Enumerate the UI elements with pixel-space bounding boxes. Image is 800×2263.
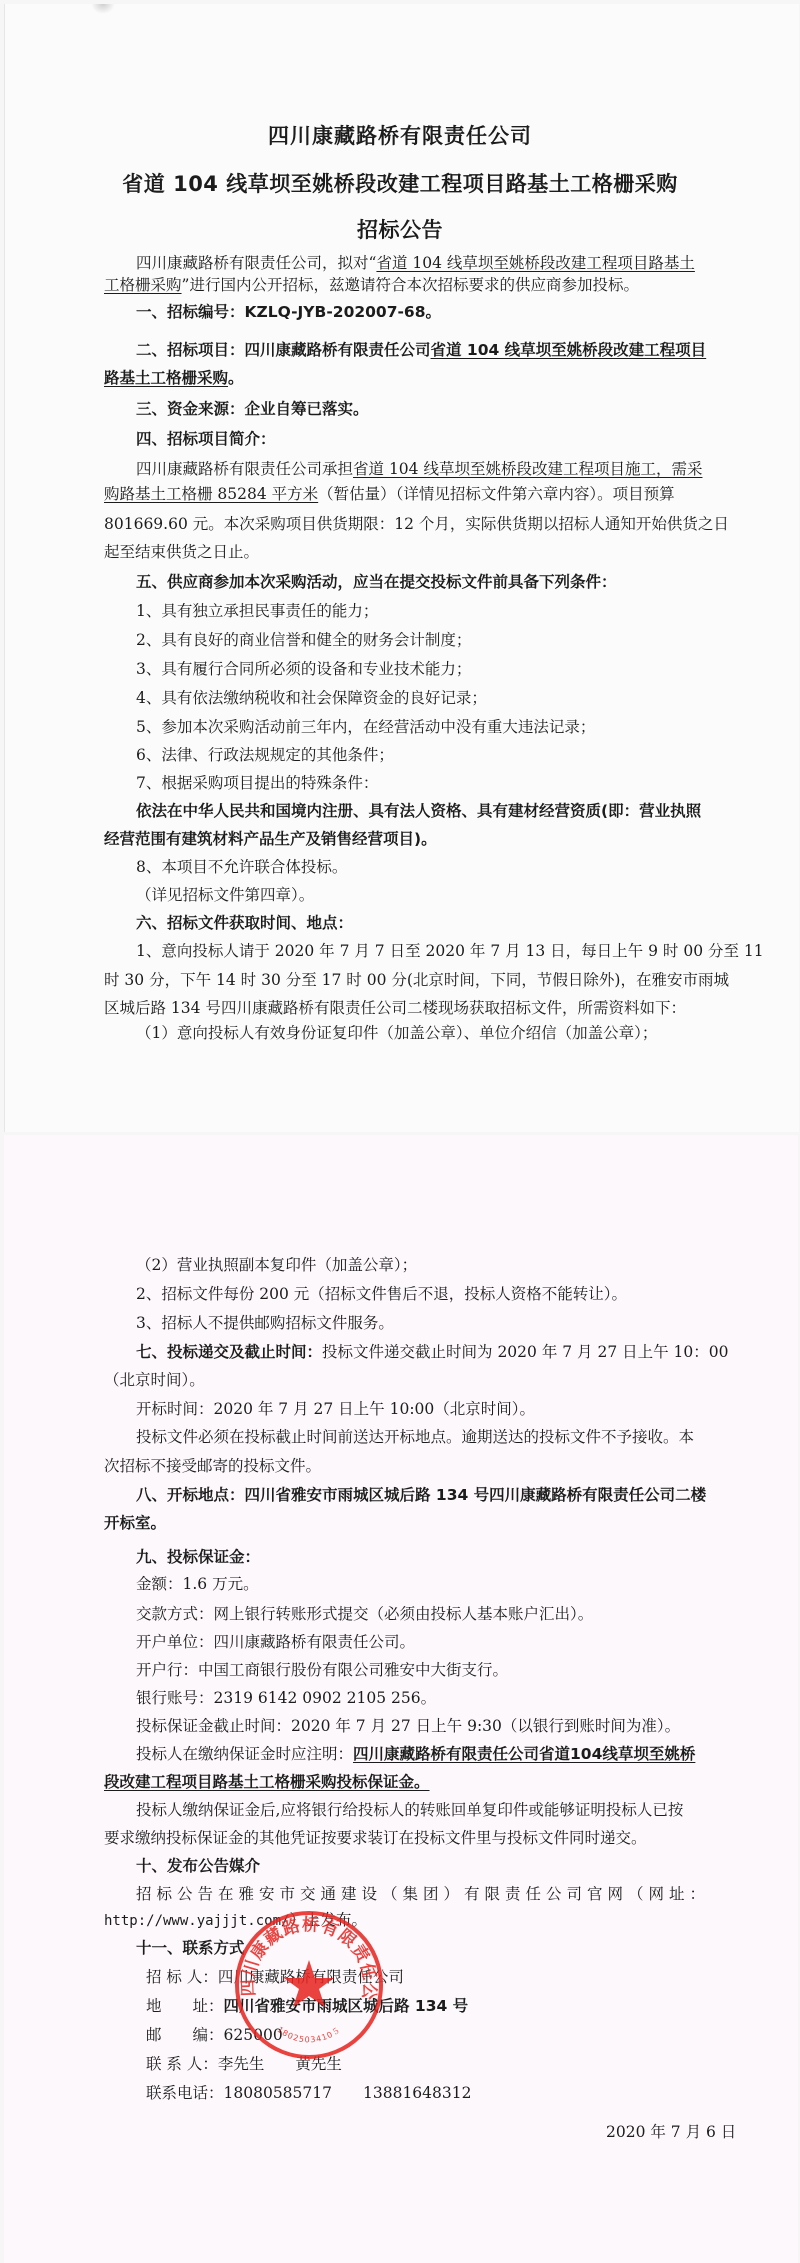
section-5-note: （详见招标文件第四章）。 (136, 883, 314, 905)
intro-line-1: 四川康藏路桥有限责任公司，拟对“省道 104 线草坝至姚桥段改建工程项目路基土 (136, 251, 695, 273)
document-date: 2020 年 7 月 6 日 (606, 2120, 736, 2142)
contact-value: 18080585717 13881648312 (224, 2084, 472, 2102)
bid-opening-location: 四川省雅安市雨城区城后路 134 号四川康藏路桥有限责任公司二楼 (245, 1486, 707, 1504)
deposit-after-line-2: 要求缴纳投标保证金的其他凭证按要求装订在投标文件里与投标文件同时递交。 (104, 1826, 647, 1848)
condition-item: 3、具有履行合同所必须的设备和专业技术能力； (136, 657, 471, 679)
section-4-line-4: 起至结束供货之日止。 (104, 540, 259, 562)
section-5-label: 五、供应商参加本次采购活动，应当在提交投标文件前具备下列条件： (136, 570, 617, 592)
section-8-label: 八、开标地点： (136, 1486, 245, 1504)
section-6-p2: 2、招标文件每份 200 元（招标文件售后不退，投标人资格不能转让）。 (136, 1282, 627, 1304)
deposit-memo-underlined: 四川康藏路桥有限责任公司省道104线草坝至姚桥 (353, 1745, 695, 1763)
contact-value: 625000 (224, 2026, 283, 2044)
deposit-amount: 金额：1.6 万元。 (136, 1572, 259, 1594)
section-4-text-cont: （暂估量）（详情见招标文件第六章内容）。项目预算 (318, 485, 675, 503)
bid-opening-time: 开标时间：2020 年 7 月 27 日上午 10:00（北京时间）。 (136, 1397, 535, 1419)
section-7-line-2: （北京时间）。 (104, 1368, 205, 1390)
contact-row-postcode: 邮 编：625000 (146, 2023, 283, 2045)
media-line-2: http://www.yajjjt.com/）上发布。 (104, 1908, 367, 1930)
condition-item: 6、法律、行政法规规定的其他条件； (136, 743, 394, 765)
section-4-line-2: 购路基土工格栅 85284 平方米（暂估量）（详情见招标文件第六章内容）。项目预… (104, 482, 675, 504)
contact-value: 四川康藏路桥有限责任公司 (218, 1968, 404, 1986)
section-8-line-1: 八、开标地点：四川省雅安市雨城区城后路 134 号四川康藏路桥有限责任公司二楼 (136, 1483, 706, 1505)
website-link[interactable]: http://www.yajjjt.com/ (104, 1913, 289, 1929)
section-4-text: 四川康藏路桥有限责任公司承担 (136, 460, 353, 478)
intro-project-underlined-cont: 工格栅采购 (104, 276, 182, 294)
payment-method: 交款方式：网上银行转账形式提交（必须由投标人基本账户汇出）。 (136, 1602, 593, 1624)
funding-source: 企业自筹已落实。 (245, 400, 369, 418)
condition-item: 4、具有依法缴纳税收和社会保障资金的良好记录； (136, 686, 487, 708)
special-condition-line-1: 依法在中华人民共和国境内注册、具有法人资格、具有建材经营资质(即：营业执照 (136, 799, 701, 821)
section-6-p3: 3、招标人不提供邮购招标文件服务。 (136, 1311, 394, 1333)
contact-value: 李先生 黄先生 (218, 2055, 342, 2073)
deposit-deadline: 投标保证金截止时间：2020 年 7 月 27 日上午 9:30（以银行到账时间… (136, 1714, 680, 1736)
intro-line-2: 工格栅采购”进行国内公开招标，兹邀请符合本次招标要求的供应商参加投标。 (104, 273, 639, 295)
section-4-line-3: 801669.60 元。本次采购项目供货期限：12 个月，实际供货期以招标人通知… (104, 512, 729, 534)
company-title: 四川康藏路桥有限责任公司 (0, 120, 800, 150)
section-7-label: 七、投标递交及截止时间： (136, 1343, 322, 1361)
section-4-underlined: 省道 104 线草坝至姚桥段改建工程项目施工，需采 (353, 460, 702, 478)
deposit-memo-line-2: 段改建工程项目路基土工格栅采购投标保证金。 (104, 1770, 430, 1792)
condition-item: 1、具有独立承担民事责任的能力； (136, 599, 378, 621)
section-11-label: 十一、联系方式 (136, 1936, 245, 1958)
submission-rule-line-1: 投标文件必须在投标截止时间前送达开标地点。逾期送达的投标文件不予接收。本 (136, 1425, 694, 1447)
section-2-line-2: 路基土工格栅采购。 (104, 366, 244, 388)
section-9-label: 九、投标保证金： (136, 1545, 260, 1567)
contact-key: 地 址： (146, 1997, 224, 2015)
contact-key: 邮 编： (146, 2026, 224, 2044)
bid-number: KZLQ-JYB-202007-68。 (245, 303, 441, 321)
project-title: 省道 104 线草坝至姚桥段改建工程项目路基土工格栅采购 (0, 168, 800, 198)
condition-item: 7、根据采购项目提出的特殊条件： (136, 771, 378, 793)
media-line-end: ）上发布。 (289, 1911, 367, 1929)
deposit-memo-line-1: 投标人在缴纳保证金时应注明：四川康藏路桥有限责任公司省道104线草坝至姚桥 (136, 1742, 695, 1764)
section-4-line-1: 四川康藏路桥有限责任公司承担省道 104 线草坝至姚桥段改建工程项目施工，需采 (136, 457, 702, 479)
section-2-project-underlined: 省道 104 线草坝至姚桥段改建工程项目 (431, 341, 707, 359)
contact-row-person: 联 系 人：李先生 黄先生 (146, 2052, 342, 2074)
submission-deadline: 投标文件递交截止时间为 2020 年 7 月 27 日上午 10：00 (322, 1343, 728, 1361)
contact-row-address: 地 址：四川省雅安市雨城区城后路 134 号 (146, 1994, 468, 2016)
section-10-label: 十、发布公告媒介 (136, 1854, 260, 1876)
bank-account-number: 银行账号：2319 6142 0902 2105 256。 (136, 1686, 436, 1708)
document-type-title: 招标公告 (0, 214, 800, 244)
section-2-label: 二、招标项目： (136, 341, 245, 359)
contact-value: 四川省雅安市雨城区城后路 134 号 (224, 1997, 469, 2015)
required-doc-1: （1）意向投标人有效身份证复印件（加盖公章）、单位介绍信（加盖公章）； (136, 1021, 657, 1043)
condition-item-8: 8、本项目不允许联合体投标。 (136, 855, 347, 877)
section-6-p1-line-1: 1、意向投标人请于 2020 年 7 月 7 日至 2020 年 7 月 13 … (136, 939, 764, 961)
section-2-end: 。 (228, 369, 244, 387)
submission-rule-line-2: 次招标不接受邮寄的投标文件。 (104, 1454, 321, 1476)
media-line-1: 招标公告在雅安市交通建设（集团）有限责任公司官网（网址： (136, 1882, 710, 1904)
section-1: 一、招标编号：KZLQ-JYB-202007-68。 (136, 300, 441, 322)
special-condition-line-2: 经营范围有建筑材料产品生产及销售经营项目)。 (104, 827, 437, 849)
intro-project-underlined: 省道 104 线草坝至姚桥段改建工程项目路基土 (376, 254, 694, 272)
bank-name: 开户行：中国工商银行股份有限公司雅安中大街支行。 (136, 1658, 508, 1680)
contact-key: 联 系 人： (146, 2055, 218, 2073)
condition-item: 5、参加本次采购活动前三年内，在经营活动中没有重大违法记录； (136, 715, 595, 737)
required-doc-2: （2）营业执照副本复印件（加盖公章）； (136, 1253, 417, 1275)
intro-text-cont: ”进行国内公开招标，兹邀请符合本次招标要求的供应商参加投标。 (182, 276, 639, 294)
contact-row-tenderer: 招 标 人：四川康藏路桥有限责任公司 (146, 1965, 404, 1987)
section-2-company: 四川康藏路桥有限责任公司 (245, 341, 431, 359)
contact-key: 招 标 人： (146, 1968, 218, 1986)
section-2-project-underlined-cont: 路基土工格栅采购 (104, 369, 228, 387)
deposit-memo-text: 投标人在缴纳保证金时应注明： (136, 1745, 353, 1763)
section-6-p1-line-3: 区城后路 134 号四川康藏路桥有限责任公司二楼现场获取招标文件，所需资料如下： (104, 996, 686, 1018)
account-holder: 开户单位：四川康藏路桥有限责任公司。 (136, 1630, 415, 1652)
section-3-label: 三、资金来源： (136, 400, 245, 418)
condition-item: 2、具有良好的商业信誉和健全的财务会计制度； (136, 628, 471, 650)
section-4-label: 四、招标项目简介： (136, 427, 276, 449)
section-1-label: 一、招标编号： (136, 303, 245, 321)
contact-key: 联系电话： (146, 2084, 224, 2102)
contact-row-phone: 联系电话：18080585717 13881648312 (146, 2081, 471, 2103)
intro-text: 四川康藏路桥有限责任公司，拟对“ (136, 254, 376, 272)
section-6-p1-line-2: 时 30 分，下午 14 时 30 分至 17 时 00 分(北京时间，下同，节… (104, 968, 729, 990)
section-3: 三、资金来源：企业自筹已落实。 (136, 397, 369, 419)
deposit-after-line-1: 投标人缴纳保证金后,应将银行给投标人的转账回单复印件或能够证明投标人已按 (136, 1798, 683, 1820)
paper-fold-shadow (91, 4, 115, 14)
section-2-line-1: 二、招标项目：四川康藏路桥有限责任公司省道 104 线草坝至姚桥段改建工程项目 (136, 338, 706, 360)
section-8-line-2: 开标室。 (104, 1511, 166, 1533)
section-7-line-1: 七、投标递交及截止时间：投标文件递交截止时间为 2020 年 7 月 27 日上… (136, 1340, 728, 1362)
section-4-quantity-underlined: 购路基土工格栅 85284 平方米 (104, 485, 318, 503)
section-6-label: 六、招标文件获取时间、地点： (136, 911, 353, 933)
